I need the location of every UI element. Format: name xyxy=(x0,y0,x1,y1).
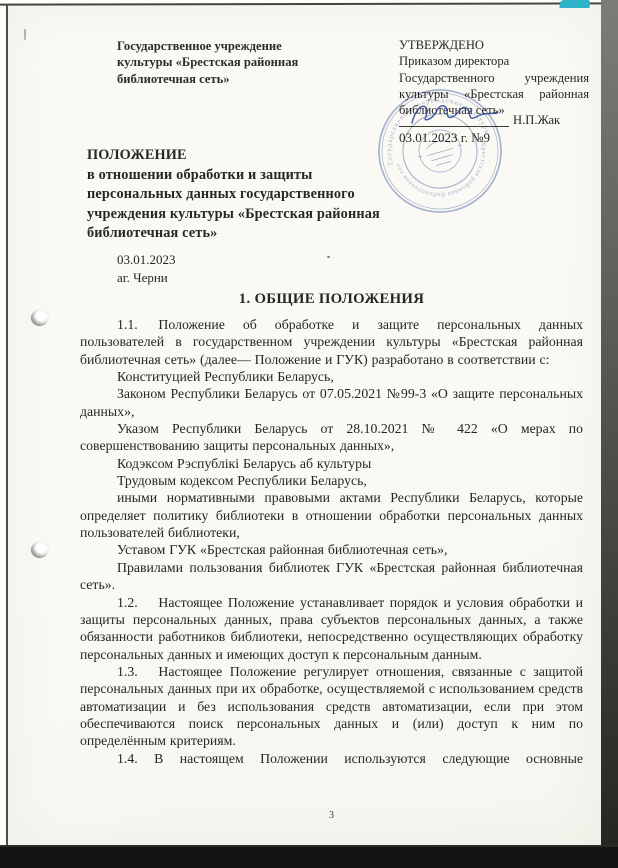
approved-label: УТВЕРЖДЕНО xyxy=(399,37,589,53)
section-heading: 1. ОБЩИЕ ПОЛОЖЕНИЯ xyxy=(80,291,583,308)
org-name-block: Государственное учреждение культуры «Бре… xyxy=(117,38,332,87)
paragraph: Правилами пользования библиотек ГУК «Бре… xyxy=(80,559,583,594)
dateline: 03.01.2023 аг. Черни xyxy=(117,251,176,286)
doc-place: аг. Черни xyxy=(117,269,176,287)
paragraph: 1.3. Настоящее Положение регулирует отно… xyxy=(80,663,583,750)
paper-left-edge xyxy=(6,5,8,847)
paragraph: Трудовым кодексом Республики Беларусь, xyxy=(80,472,583,489)
approval-line: Государственного учреждения xyxy=(399,70,589,86)
title-line: в отношении обработки и защиты xyxy=(87,166,427,186)
paragraph: Законом Республики Беларусь от 07.05.202… xyxy=(80,385,583,420)
sticky-tab xyxy=(559,0,590,8)
title-line: персональных данных государственного xyxy=(87,185,427,205)
title-line: учреждения культуры «Брестская районная xyxy=(87,205,427,225)
pen-mark xyxy=(24,29,26,40)
scan-bottom-border xyxy=(0,845,618,868)
org-name-line: культуры «Брестская районная xyxy=(117,54,332,70)
title-line: ПОЛОЖЕНИЕ xyxy=(87,146,427,166)
paragraph: иными нормативными правовыми актами Респ… xyxy=(80,489,583,541)
scan-right-border xyxy=(601,0,618,868)
title-line: библиотечная сеть» xyxy=(87,224,427,244)
paragraph: 1.1. Положение об обработке и защите пер… xyxy=(80,316,583,368)
org-name-line: библиотечная сеть» xyxy=(117,71,332,87)
paragraph: Кодэксом Рэспублікі Беларусь аб культуры xyxy=(80,455,583,472)
document-body: 1.1. Положение об обработке и защите пер… xyxy=(80,316,583,767)
scanned-document: Государственное учреждение культуры «Бре… xyxy=(0,0,618,868)
hole-punch-bottom xyxy=(31,542,48,558)
paragraph: 1.2. Настоящее Положение устанавливает п… xyxy=(80,594,583,663)
doc-date: 03.01.2023 xyxy=(117,251,176,269)
paragraph: Уставом ГУК «Брестская районная библиоте… xyxy=(80,541,583,558)
document-title: ПОЛОЖЕНИЕ в отношении обработки и защиты… xyxy=(87,146,427,244)
page-number: 3 xyxy=(80,810,583,821)
org-name-line: Государственное учреждение xyxy=(117,38,332,54)
signatory-name: Н.П.Жак xyxy=(513,113,560,128)
paragraph: Конституцией Республики Беларусь, xyxy=(80,368,583,385)
paragraph: 1.4. В настоящем Положении используются … xyxy=(80,750,583,767)
paragraph: Указом Республики Беларусь от 28.10.2021… xyxy=(80,420,583,455)
hole-punch-top xyxy=(31,310,48,326)
approval-line: Приказом директора xyxy=(399,53,589,69)
signature-stroke xyxy=(404,97,516,131)
